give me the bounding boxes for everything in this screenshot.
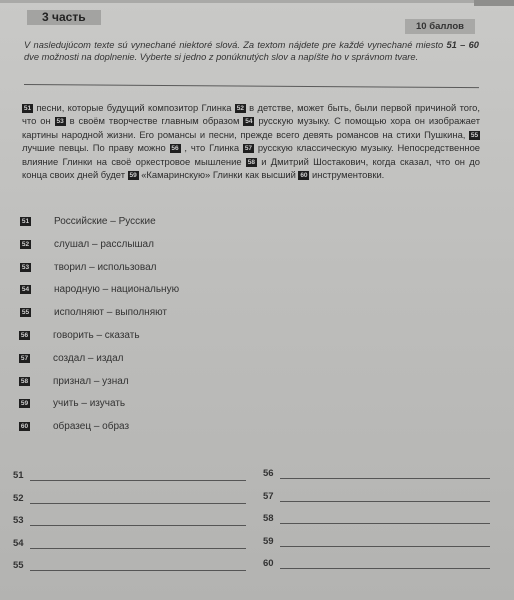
answer-blank-line[interactable] [280, 568, 490, 569]
passage-segment: в своём творчестве главным образом [66, 115, 244, 126]
page-top-edge [0, 0, 514, 3]
option-number: 58 [19, 377, 30, 386]
option-number: 54 [20, 285, 31, 294]
instructions: V nasledujúcom texte sú vynechané niekto… [24, 39, 479, 63]
answer-blank-line[interactable] [30, 503, 246, 504]
gap-marker: 56 [170, 144, 181, 153]
answer-number: 54 [13, 538, 24, 550]
option-number: 51 [20, 217, 31, 226]
gap-marker: 58 [246, 158, 257, 167]
instructions-range: 51 – 60 [446, 40, 479, 50]
divider-rule [24, 84, 479, 88]
gap-marker: 52 [235, 104, 246, 113]
gap-marker: 54 [243, 117, 254, 126]
answer-number: 60 [263, 558, 274, 570]
option-text: Российские – Русские [54, 216, 156, 228]
answer-number: 59 [263, 536, 274, 548]
option-text: признал – узнал [53, 376, 129, 388]
passage-text: 51 песни, которые будущий композитор Гли… [22, 101, 480, 181]
gap-marker: 59 [128, 171, 139, 180]
option-text: говорить – сказать [53, 330, 140, 342]
answer-blank-line[interactable] [280, 501, 490, 502]
section-label: 3 часть [27, 10, 101, 25]
option-number: 53 [20, 263, 31, 272]
option-text: народную – национальную [54, 284, 179, 296]
answer-number: 58 [263, 513, 274, 525]
option-text: творил – использовал [54, 262, 156, 274]
answer-blank-line[interactable] [280, 478, 490, 479]
answer-blank-line[interactable] [30, 525, 246, 526]
option-text: исполняют – выполняют [54, 307, 167, 319]
option-number: 56 [19, 331, 30, 340]
answer-number: 52 [13, 493, 24, 505]
page-corner-shadow [474, 0, 514, 6]
instructions-part1: V nasledujúcom texte sú vynechané niekto… [24, 40, 446, 50]
answer-number: 53 [13, 515, 24, 527]
option-number: 59 [19, 399, 30, 408]
option-text: учить – изучать [53, 398, 125, 410]
answer-number: 56 [263, 468, 274, 480]
answer-blank-line[interactable] [30, 570, 246, 571]
passage-segment: песни, которые будущий композитор Глинка [33, 102, 235, 113]
answer-blank-line[interactable] [280, 546, 490, 547]
gap-marker: 53 [55, 117, 66, 126]
option-text: слушал – расслышал [54, 239, 154, 251]
passage-segment: «Камаринскую» Глинки как высший [139, 169, 299, 180]
instructions-part2: dve možnosti na doplnenie. Vyberte si je… [24, 52, 418, 62]
option-number: 60 [19, 422, 30, 431]
answer-number: 55 [13, 560, 24, 572]
answer-blank-line[interactable] [30, 480, 246, 481]
answer-number: 51 [13, 470, 24, 482]
gap-marker: 60 [298, 171, 309, 180]
answer-number: 57 [263, 491, 274, 503]
option-number: 52 [20, 240, 31, 249]
option-number: 57 [19, 354, 30, 363]
option-text: создал – издал [53, 353, 123, 365]
answer-blank-line[interactable] [30, 548, 246, 549]
passage-segment: , что Глинка [181, 142, 243, 153]
gap-marker: 51 [22, 104, 33, 113]
passage-segment: инструментовки. [309, 169, 384, 180]
option-text: образец – образ [53, 421, 129, 433]
gap-marker: 57 [243, 144, 254, 153]
option-number: 55 [20, 308, 31, 317]
answer-blank-line[interactable] [280, 523, 490, 524]
gap-marker: 55 [469, 131, 480, 140]
points-label: 10 баллов [405, 19, 475, 34]
passage-segment: лучшие певцы. По праву можно [22, 142, 170, 153]
